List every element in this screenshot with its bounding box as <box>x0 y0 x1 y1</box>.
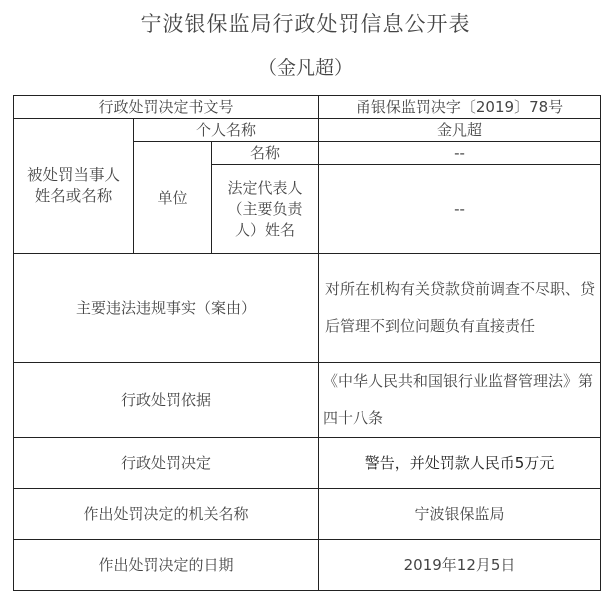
basis-label: 行政处罚依据 <box>14 363 319 438</box>
row-date: 作出处罚决定的日期 2019年12月5日 <box>14 540 601 591</box>
unit-representative-value: -- <box>319 165 601 254</box>
date-value: 2019年12月5日 <box>319 540 601 591</box>
document-subtitle: （金凡超） <box>0 53 611 80</box>
decision-number-value: 甬银保监罚决字〔2019〕78号 <box>319 96 601 119</box>
row-authority: 作出处罚决定的机关名称 宁波银保监局 <box>14 489 601 540</box>
date-label: 作出处罚决定的日期 <box>14 540 319 591</box>
facts-value: 对所在机构有关贷款贷前调查不尽职、贷后管理不到位问题负有直接责任 <box>319 254 601 363</box>
row-facts: 主要违法违规事实（案由） 对所在机构有关贷款贷前调查不尽职、贷后管理不到位问题负… <box>14 254 601 363</box>
authority-value: 宁波银保监局 <box>319 489 601 540</box>
party-label-text: 被处罚当事人姓名或名称 <box>26 165 122 207</box>
row-individual-name: 被处罚当事人姓名或名称 个人名称 金凡超 <box>14 119 601 142</box>
basis-value: 《中华人民共和国银行业监督管理法》第四十八条 <box>319 363 601 438</box>
party-label: 被处罚当事人姓名或名称 <box>14 119 134 254</box>
facts-label: 主要违法违规事实（案由） <box>14 254 319 363</box>
decision-label: 行政处罚决定 <box>14 438 319 489</box>
decision-value: 警告，并处罚款人民币5万元 <box>319 438 601 489</box>
row-decision: 行政处罚决定 警告，并处罚款人民币5万元 <box>14 438 601 489</box>
authority-label: 作出处罚决定的机关名称 <box>14 489 319 540</box>
decision-number-label: 行政处罚决定书文号 <box>14 96 319 119</box>
row-decision-number: 行政处罚决定书文号 甬银保监罚决字〔2019〕78号 <box>14 96 601 119</box>
individual-name-label: 个人名称 <box>134 119 319 142</box>
individual-name-value: 金凡超 <box>319 119 601 142</box>
unit-name-label: 名称 <box>212 142 319 165</box>
unit-label: 单位 <box>134 142 212 254</box>
unit-name-value: -- <box>319 142 601 165</box>
unit-representative-label-text: 法定代表人（主要负责人）姓名 <box>226 178 304 241</box>
penalty-info-table: 行政处罚决定书文号 甬银保监罚决字〔2019〕78号 被处罚当事人姓名或名称 个… <box>13 95 601 591</box>
row-basis: 行政处罚依据 《中华人民共和国银行业监督管理法》第四十八条 <box>14 363 601 438</box>
unit-representative-label: 法定代表人（主要负责人）姓名 <box>212 165 319 254</box>
document-title: 宁波银保监局行政处罚信息公开表 <box>0 8 611 38</box>
